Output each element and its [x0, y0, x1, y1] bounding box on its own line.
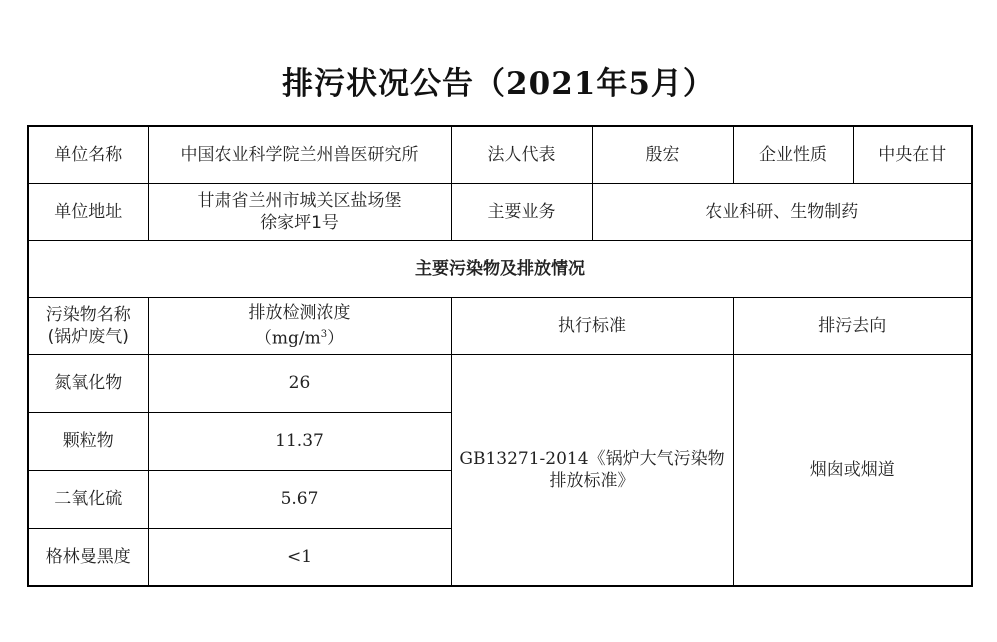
pollutant-name: 氮氧化物	[28, 354, 148, 412]
address-line2: 徐家坪1号	[151, 212, 449, 234]
pollutant-name: 颗粒物	[28, 412, 148, 470]
nature-label: 企业性质	[733, 126, 853, 183]
section-title: 主要污染物及排放情况	[28, 240, 972, 297]
pollutant-value: 5.67	[148, 470, 451, 528]
address-label: 单位地址	[28, 183, 148, 240]
address-value: 甘肃省兰州市城关区盐场堡 徐家坪1号	[148, 183, 451, 240]
pollutant-value: <1	[148, 528, 451, 586]
business-label: 主要业务	[451, 183, 592, 240]
unit-name-value: 中国农业科学院兰州兽医研究所	[148, 126, 451, 183]
info-row-unit: 单位名称 中国农业科学院兰州兽医研究所 法人代表 殷宏 企业性质 中央在甘	[28, 126, 972, 183]
destination-value: 烟囱或烟道	[733, 354, 972, 586]
standard-value: GB13271-2014《锅炉大气污染物 排放标准》	[451, 354, 733, 586]
address-line1: 甘肃省兰州市城关区盐场堡	[151, 190, 449, 212]
header-standard: 执行标准	[451, 297, 733, 354]
pollutant-name: 格林曼黑度	[28, 528, 148, 586]
pollutant-value: 26	[148, 354, 451, 412]
info-row-address: 单位地址 甘肃省兰州市城关区盐场堡 徐家坪1号 主要业务 农业科研、生物制药	[28, 183, 972, 240]
legal-rep-value: 殷宏	[592, 126, 733, 183]
header-concentration: 排放检测浓度 （mg/m3）	[148, 297, 451, 354]
business-value: 农业科研、生物制药	[592, 183, 972, 240]
table-row: 氮氧化物 26 GB13271-2014《锅炉大气污染物 排放标准》 烟囱或烟道	[28, 354, 972, 412]
pollutant-value: 11.37	[148, 412, 451, 470]
section-title-row: 主要污染物及排放情况	[28, 240, 972, 297]
page-title: 排污状况公告（2021年5月）	[0, 58, 997, 103]
pollution-report-table: 单位名称 中国农业科学院兰州兽医研究所 法人代表 殷宏 企业性质 中央在甘 单位…	[27, 125, 973, 587]
unit-name-label: 单位名称	[28, 126, 148, 183]
header-pollutant-name: 污染物名称 (锅炉废气)	[28, 297, 148, 354]
pollutant-name: 二氧化硫	[28, 470, 148, 528]
pollutant-header-row: 污染物名称 (锅炉废气) 排放检测浓度 （mg/m3） 执行标准 排污去向	[28, 297, 972, 354]
nature-value: 中央在甘	[853, 126, 972, 183]
header-destination: 排污去向	[733, 297, 972, 354]
legal-rep-label: 法人代表	[451, 126, 592, 183]
